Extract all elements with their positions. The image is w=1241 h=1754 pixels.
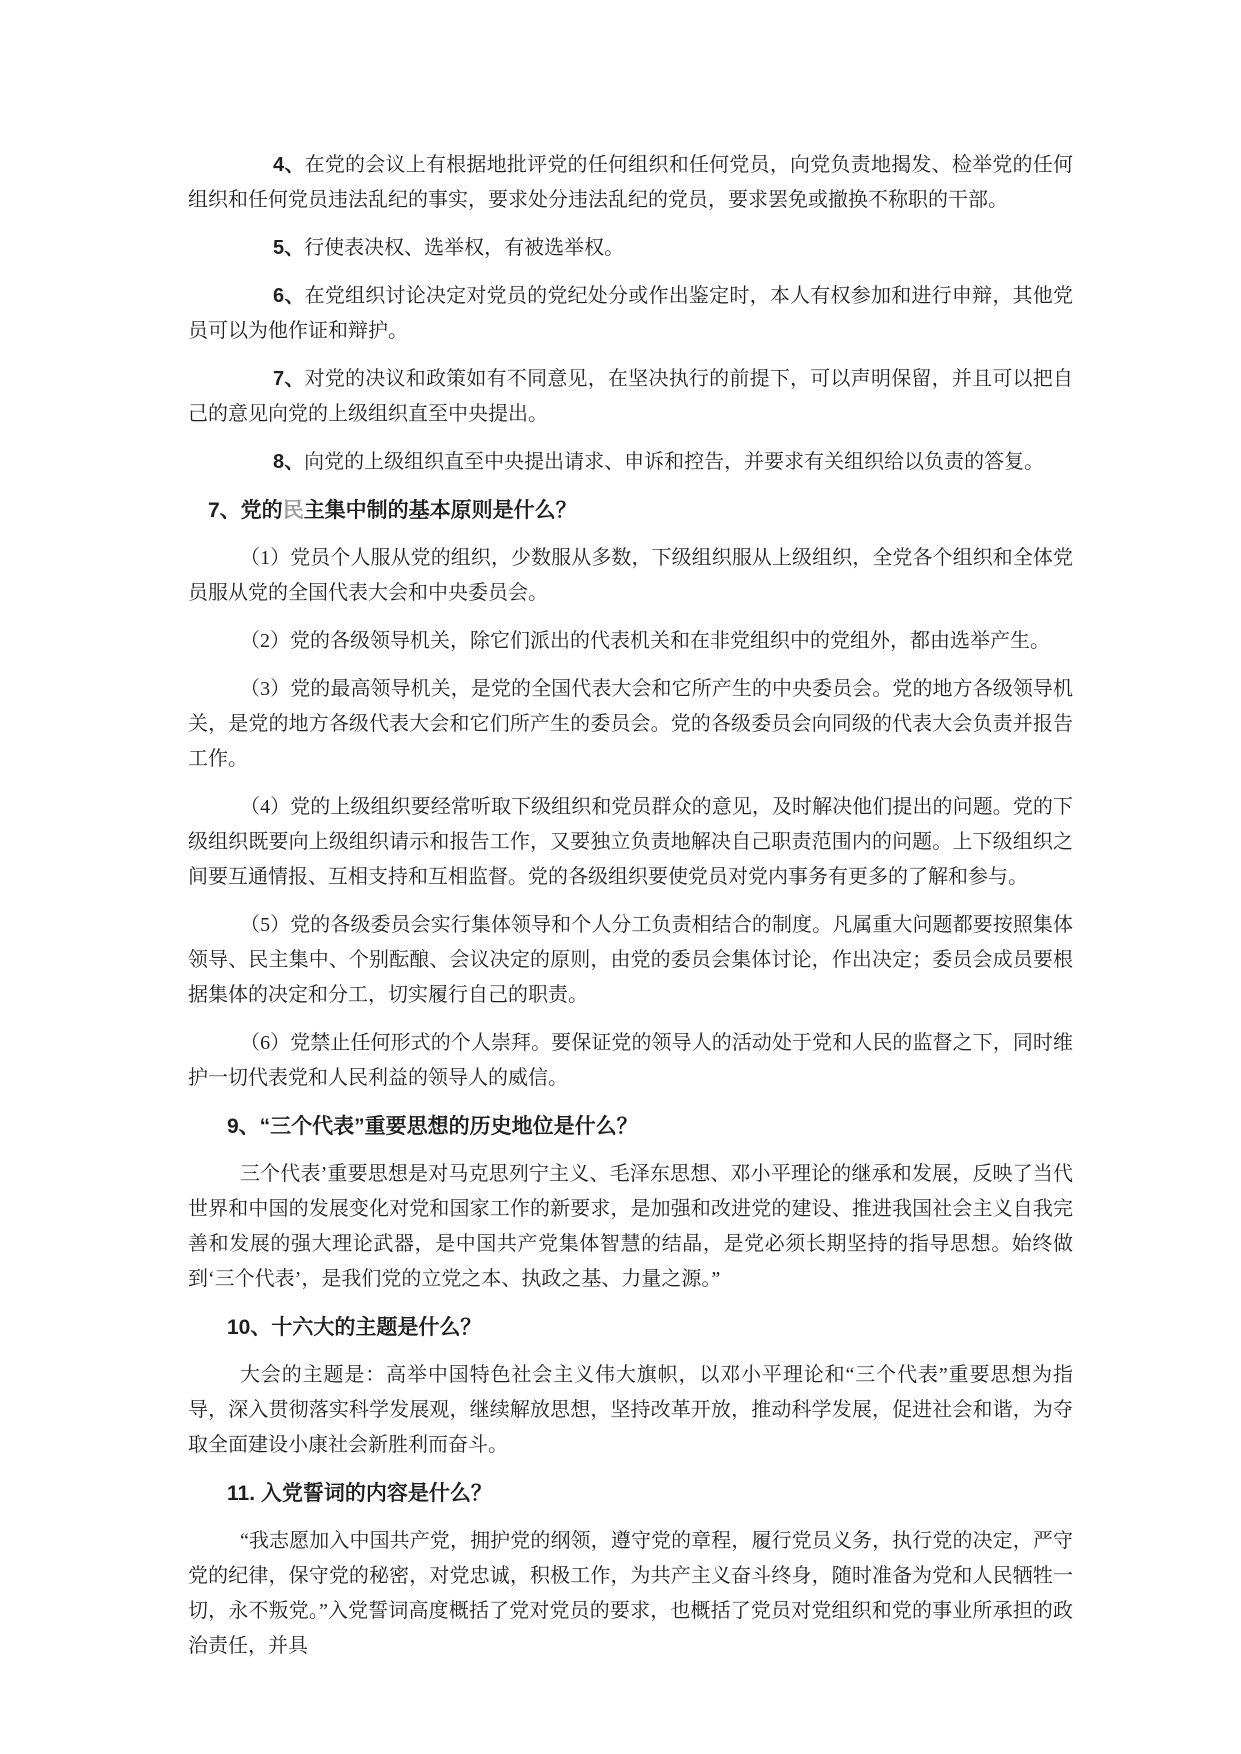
item-number: 7、 [273, 368, 305, 390]
item-8: 8、向党的上级组织直至中央提出请求、申诉和控告，并要求有关组织给以负责的答复。 [188, 445, 1073, 480]
point-4: （4）党的上级组织要经常听取下级组织和党员群众的意见，及时解决他们提出的问题。党… [188, 790, 1073, 895]
item-text: 行使表决权、选举权，有被选举权。 [304, 237, 624, 259]
document-page: 4、在党的会议上有根据地批评党的任何组织和任何党员，向党负责地揭发、检举党的任何… [0, 0, 1241, 1754]
heading-gray-char: 民 [283, 499, 304, 522]
document-content: 4、在党的会议上有根据地批评党的任何组织和任何党员，向党负责地揭发、检举党的任何… [0, 0, 1241, 1664]
item-text: 对党的决议和政策如有不同意见，在坚决执行的前提下，可以声明保留，并且可以把自己的… [188, 368, 1073, 425]
point-6: （6）党禁止任何形式的个人崇拜。要保证党的领导人的活动处于党和人民的监督之下，同… [188, 1026, 1073, 1096]
point-5: （5）党的各级委员会实行集体领导和个人分工负责相结合的制度。凡属重大问题都要按照… [188, 908, 1073, 1013]
item-7: 7、对党的决议和政策如有不同意见，在坚决执行的前提下，可以声明保留，并且可以把自… [188, 362, 1073, 432]
item-number: 8、 [273, 451, 304, 473]
answer-10: 大会的主题是：高举中国特色社会主义伟大旗帜，以邓小平理论和“三个代表”重要思想为… [188, 1358, 1073, 1463]
question-10: 10、十六大的主题是什么？ [188, 1310, 1073, 1345]
item-4: 4、在党的会议上有根据地批评党的任何组织和任何党员，向党负责地揭发、检举党的任何… [188, 148, 1073, 218]
question-9: 9、“三个代表”重要思想的历史地位是什么？ [188, 1109, 1073, 1144]
point-1: （1）党员个人服从党的组织，少数服从多数，下级组织服从上级组织，全党各个组织和全… [188, 541, 1073, 611]
item-number: 5、 [273, 237, 304, 259]
item-text: 向党的上级组织直至中央提出请求、申诉和控告，并要求有关组织给以负责的答复。 [304, 451, 1044, 473]
heading-text: 7、党的 [208, 499, 283, 522]
item-text: 在党的会议上有根据地批评党的任何组织和任何党员，向党负责地揭发、检举党的任何组织… [188, 154, 1073, 211]
item-number: 4、 [273, 154, 305, 176]
item-text: 在党组织讨论决定对党员的党纪处分或作出鉴定时，本人有权参加和进行申辩，其他党员可… [188, 285, 1073, 342]
heading-text: 主集中制的基本原则是什么？ [304, 499, 577, 522]
point-3: （3）党的最高领导机关，是党的全国代表大会和它所产生的中央委员会。党的地方各级领… [188, 672, 1073, 777]
item-number: 6、 [273, 285, 305, 307]
question-7: 7、党的民主集中制的基本原则是什么？ [188, 493, 1073, 528]
answer-11: “我志愿加入中国共产党，拥护党的纲领，遵守党的章程，履行党员义务，执行党的决定，… [188, 1524, 1073, 1664]
answer-9: 三个代表’重要思想是对马克思列宁主义、毛泽东思想、邓小平理论的继承和发展，反映了… [188, 1157, 1073, 1297]
question-11: 11. 入党誓词的内容是什么？ [188, 1476, 1073, 1511]
item-5: 5、行使表决权、选举权，有被选举权。 [188, 231, 1073, 266]
point-2: （2）党的各级领导机关，除它们派出的代表机关和在非党组织中的党组外，都由选举产生… [188, 624, 1073, 659]
item-6: 6、在党组织讨论决定对党员的党纪处分或作出鉴定时，本人有权参加和进行申辩，其他党… [188, 279, 1073, 349]
